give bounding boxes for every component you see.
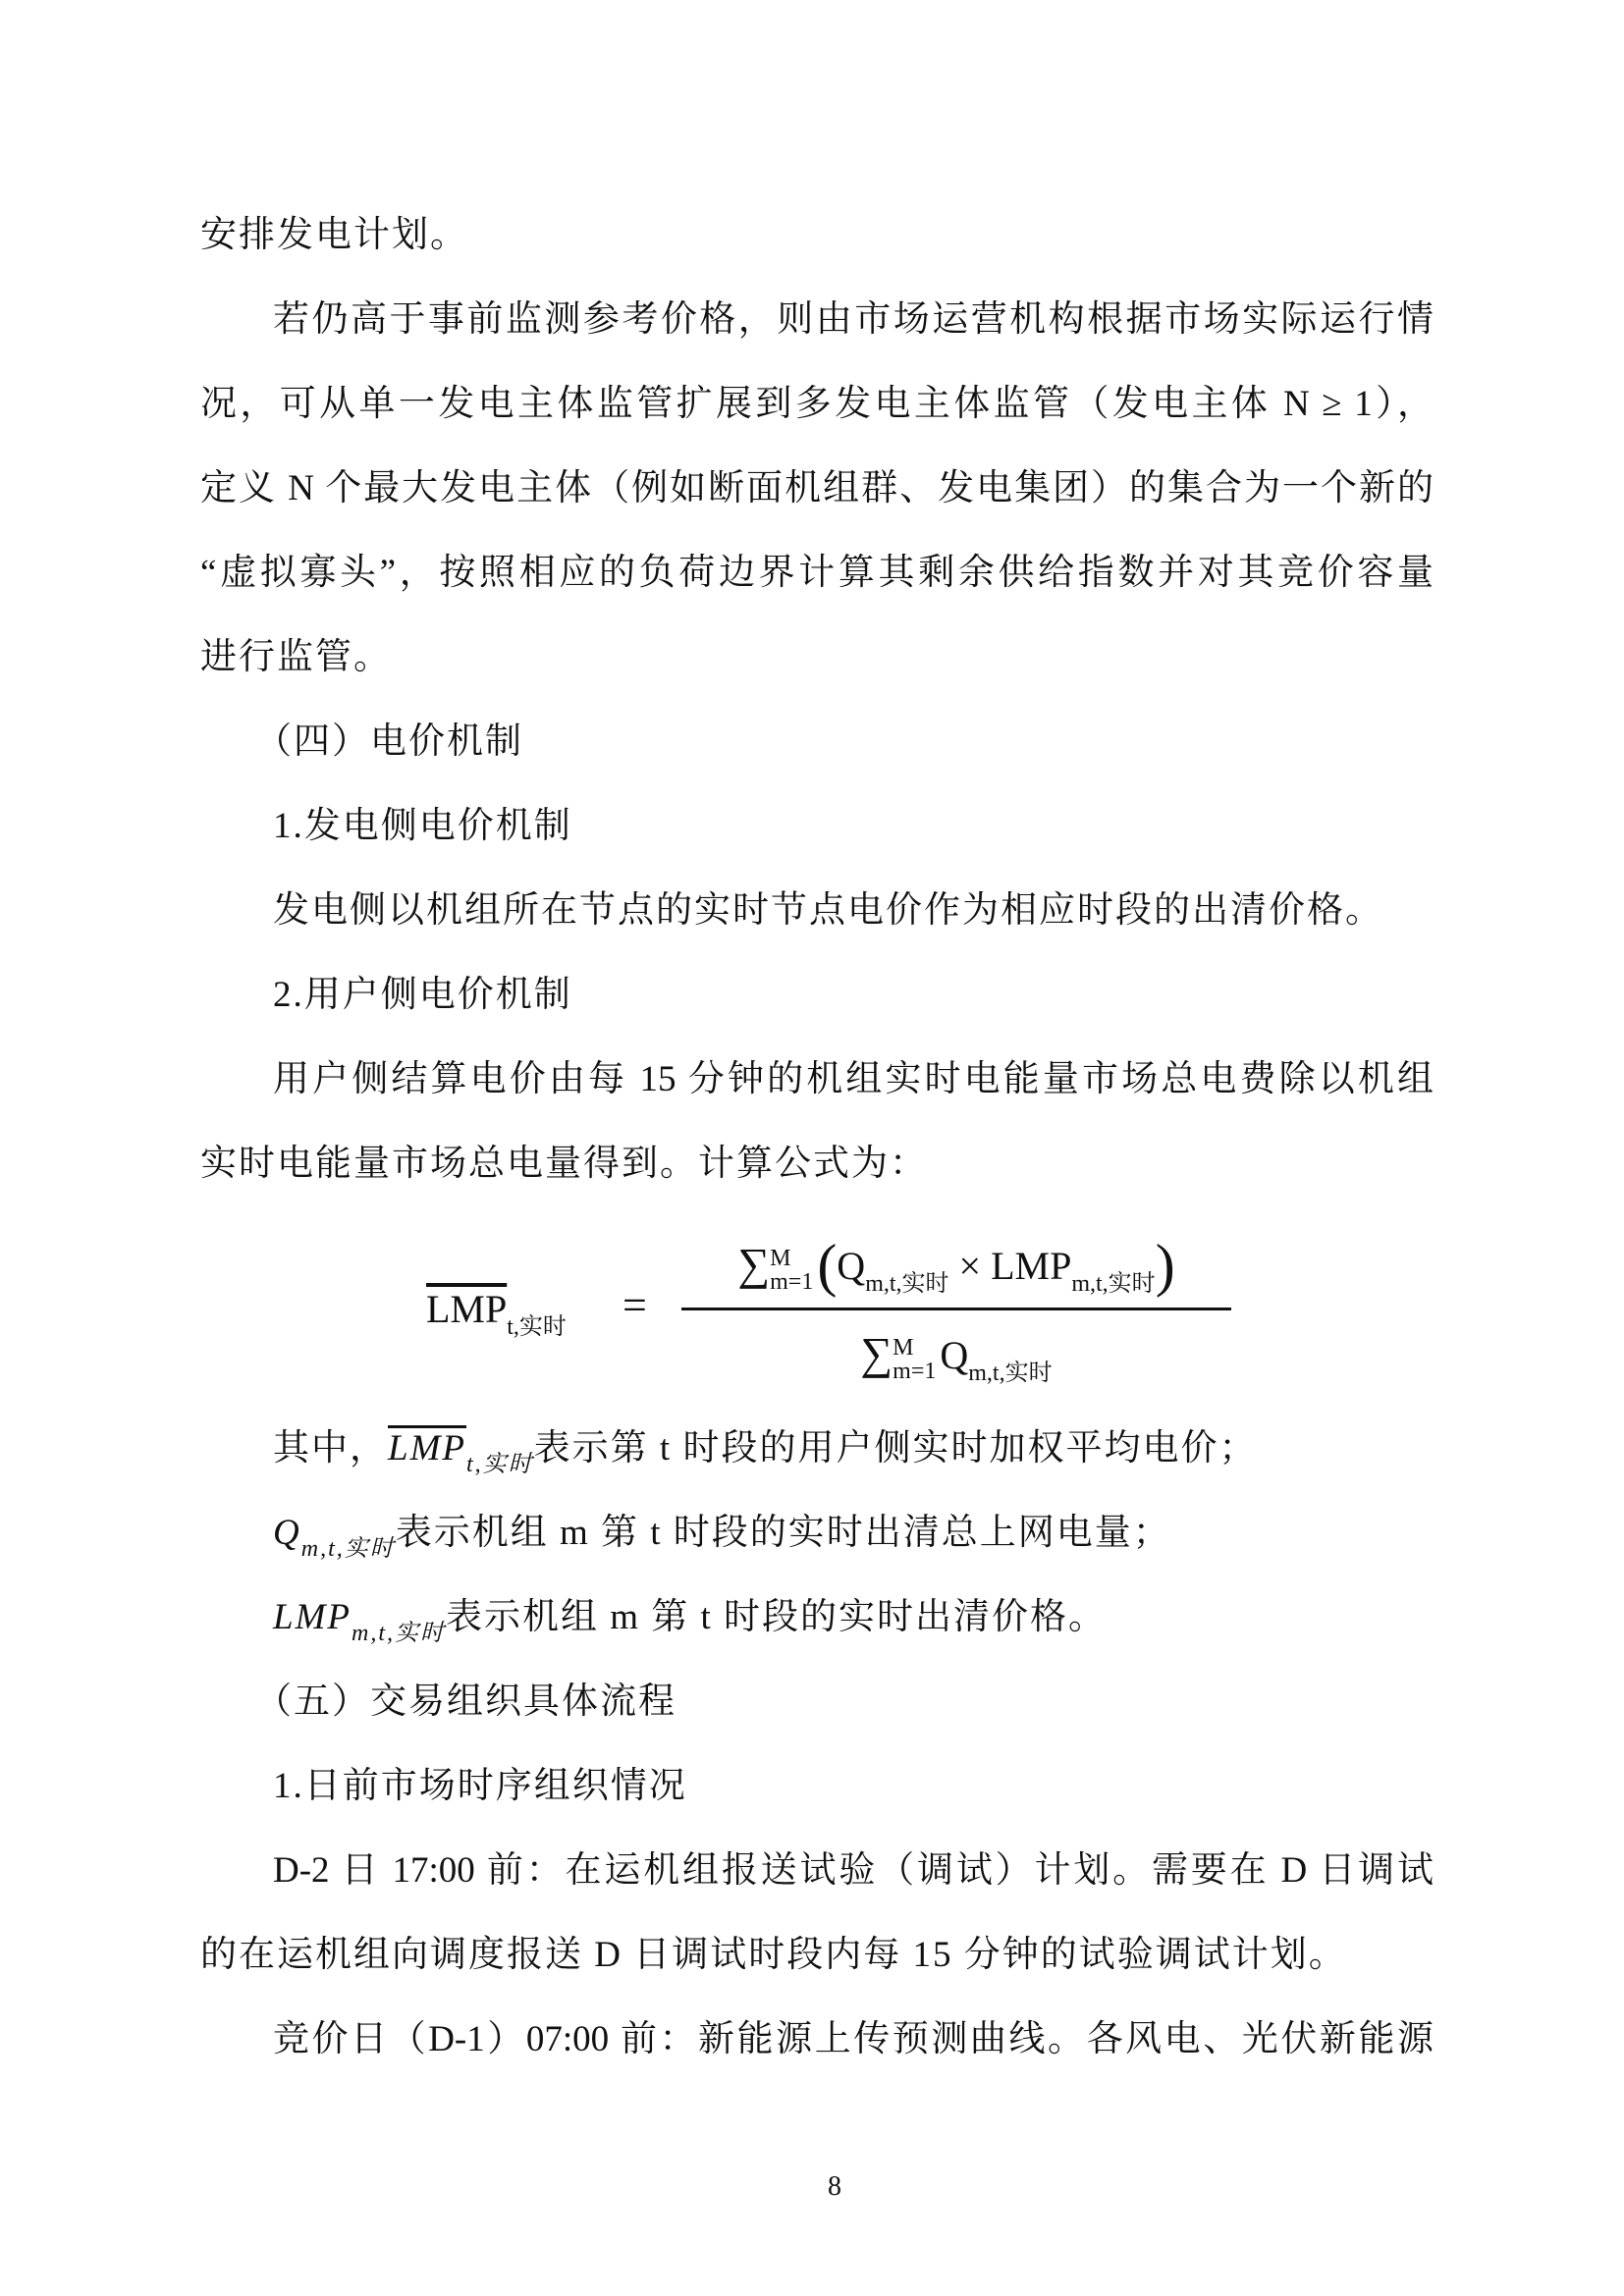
- sum-lower: m=1: [770, 1269, 813, 1295]
- times-symbol: ×: [959, 1244, 982, 1288]
- definition-line: LMPm,t,实时表示机组 m 第 t 时段的实时出清价格。: [273, 1588, 1107, 1647]
- definition-subscript: m,t,实时: [301, 1536, 396, 1562]
- formula-numerator: ∑Mm=1(Qm,t,实时 × LMPm,t,实时): [681, 1225, 1231, 1304]
- paragraph-line: D-2 日 17:00 前：在运机组报送试验（调试）计划。需要在 D 日调试: [273, 1842, 1434, 1900]
- formula-denominator: ∑Mm=1Qm,t,实时: [681, 1314, 1231, 1393]
- definition-text: 表示第 t 时段的用户侧实时加权平均电价；: [534, 1428, 1258, 1468]
- paragraph-line: 竞价日（D-1）07:00 前：新能源上传预测曲线。各风电、光伏新能源: [273, 2010, 1434, 2069]
- sum-upper: M: [893, 1335, 913, 1361]
- definition-symbol: LMP: [273, 1597, 352, 1637]
- paragraph-line: 的在运机组向调度报送 D 日调试时段内每 15 分钟的试验调试计划。: [200, 1926, 1347, 1985]
- q-symbol: Q: [837, 1244, 865, 1288]
- formula-lhs-symbol: LMP: [426, 1287, 507, 1331]
- left-paren: (: [817, 1233, 837, 1298]
- paragraph-line: 进行监管。: [200, 628, 392, 687]
- section-heading: （四）电价机制: [255, 713, 523, 772]
- section-heading: （五）交易组织具体流程: [255, 1673, 677, 1732]
- formula: LMPt,实时 = ∑Mm=1(Qm,t,实时 × LMPm,t,实时) ∑Mm…: [426, 1225, 1212, 1402]
- sum-limits: Mm=1: [893, 1336, 936, 1383]
- definition-line: Qm,t,实时表示机组 m 第 t 时段的实时出清总上网电量；: [273, 1504, 1171, 1563]
- sum-limits: Mm=1: [770, 1247, 813, 1294]
- definition-text: 表示机组 m 第 t 时段的实时出清总上网电量；: [396, 1513, 1171, 1553]
- right-paren: ): [1156, 1233, 1175, 1298]
- paragraph-line: “虚拟寡头”，按照相应的负荷边界计算其剩余供给指数并对其竞价容量: [200, 544, 1434, 603]
- subsection-heading: 1.发电侧电价机制: [273, 797, 572, 856]
- sum-upper: M: [770, 1246, 790, 1271]
- paragraph-line: 若仍高于事前监测参考价格，则由市场运营机构根据市场实际运行情: [273, 291, 1434, 349]
- q-subscript: m,t,实时: [865, 1271, 948, 1297]
- fraction-bar: [681, 1308, 1231, 1310]
- subsection-heading: 1.日前市场时序组织情况: [273, 1757, 687, 1816]
- paragraph-line: 况，可从单一发电主体监管扩展到多发电主体监管（发电主体 N ≥ 1），: [200, 375, 1434, 434]
- definition-text: 表示机组 m 第 t 时段的实时出清价格。: [446, 1597, 1107, 1637]
- definition-prefix: 其中，: [273, 1428, 388, 1468]
- sigma-symbol: ∑: [860, 1328, 893, 1378]
- lmp-subscript: m,t,实时: [1071, 1271, 1155, 1297]
- paragraph-line: 定义 N 个最大发电主体（例如断面机组群、发电集团）的集合为一个新的: [200, 459, 1434, 518]
- q-subscript: m,t,实时: [968, 1361, 1052, 1386]
- definition-symbol: Q: [273, 1513, 301, 1553]
- formula-lhs: LMPt,实时: [426, 1286, 567, 1341]
- paragraph-line: 安排发电计划。: [200, 206, 468, 265]
- lmp-symbol: LMP: [991, 1244, 1071, 1288]
- definition-line: 其中，LMPt,实时表示第 t 时段的用户侧实时加权平均电价；: [273, 1419, 1257, 1478]
- definition-subscript: t,实时: [466, 1452, 534, 1477]
- sigma-symbol: ∑: [737, 1239, 770, 1289]
- definition-symbol: LMP: [388, 1428, 466, 1468]
- formula-lhs-subscript: t,实时: [507, 1314, 567, 1340]
- page-number: 8: [828, 2171, 841, 2203]
- paragraph-line: 发电侧以机组所在节点的实时节点电价作为相应时段的出清价格。: [273, 881, 1383, 940]
- paragraph-line: 实时电能量市场总电量得到。计算公式为：: [200, 1135, 928, 1194]
- q-symbol: Q: [940, 1333, 968, 1377]
- paragraph-line: 用户侧结算电价由每 15 分钟的机组实时电能量市场总电费除以机组: [273, 1050, 1434, 1109]
- formula-fraction: ∑Mm=1(Qm,t,实时 × LMPm,t,实时) ∑Mm=1Qm,t,实时: [681, 1225, 1231, 1393]
- definition-subscript: m,t,实时: [352, 1621, 446, 1646]
- formula-equals: =: [623, 1280, 647, 1330]
- sum-lower: m=1: [893, 1359, 936, 1384]
- subsection-heading: 2.用户侧电价机制: [273, 966, 572, 1025]
